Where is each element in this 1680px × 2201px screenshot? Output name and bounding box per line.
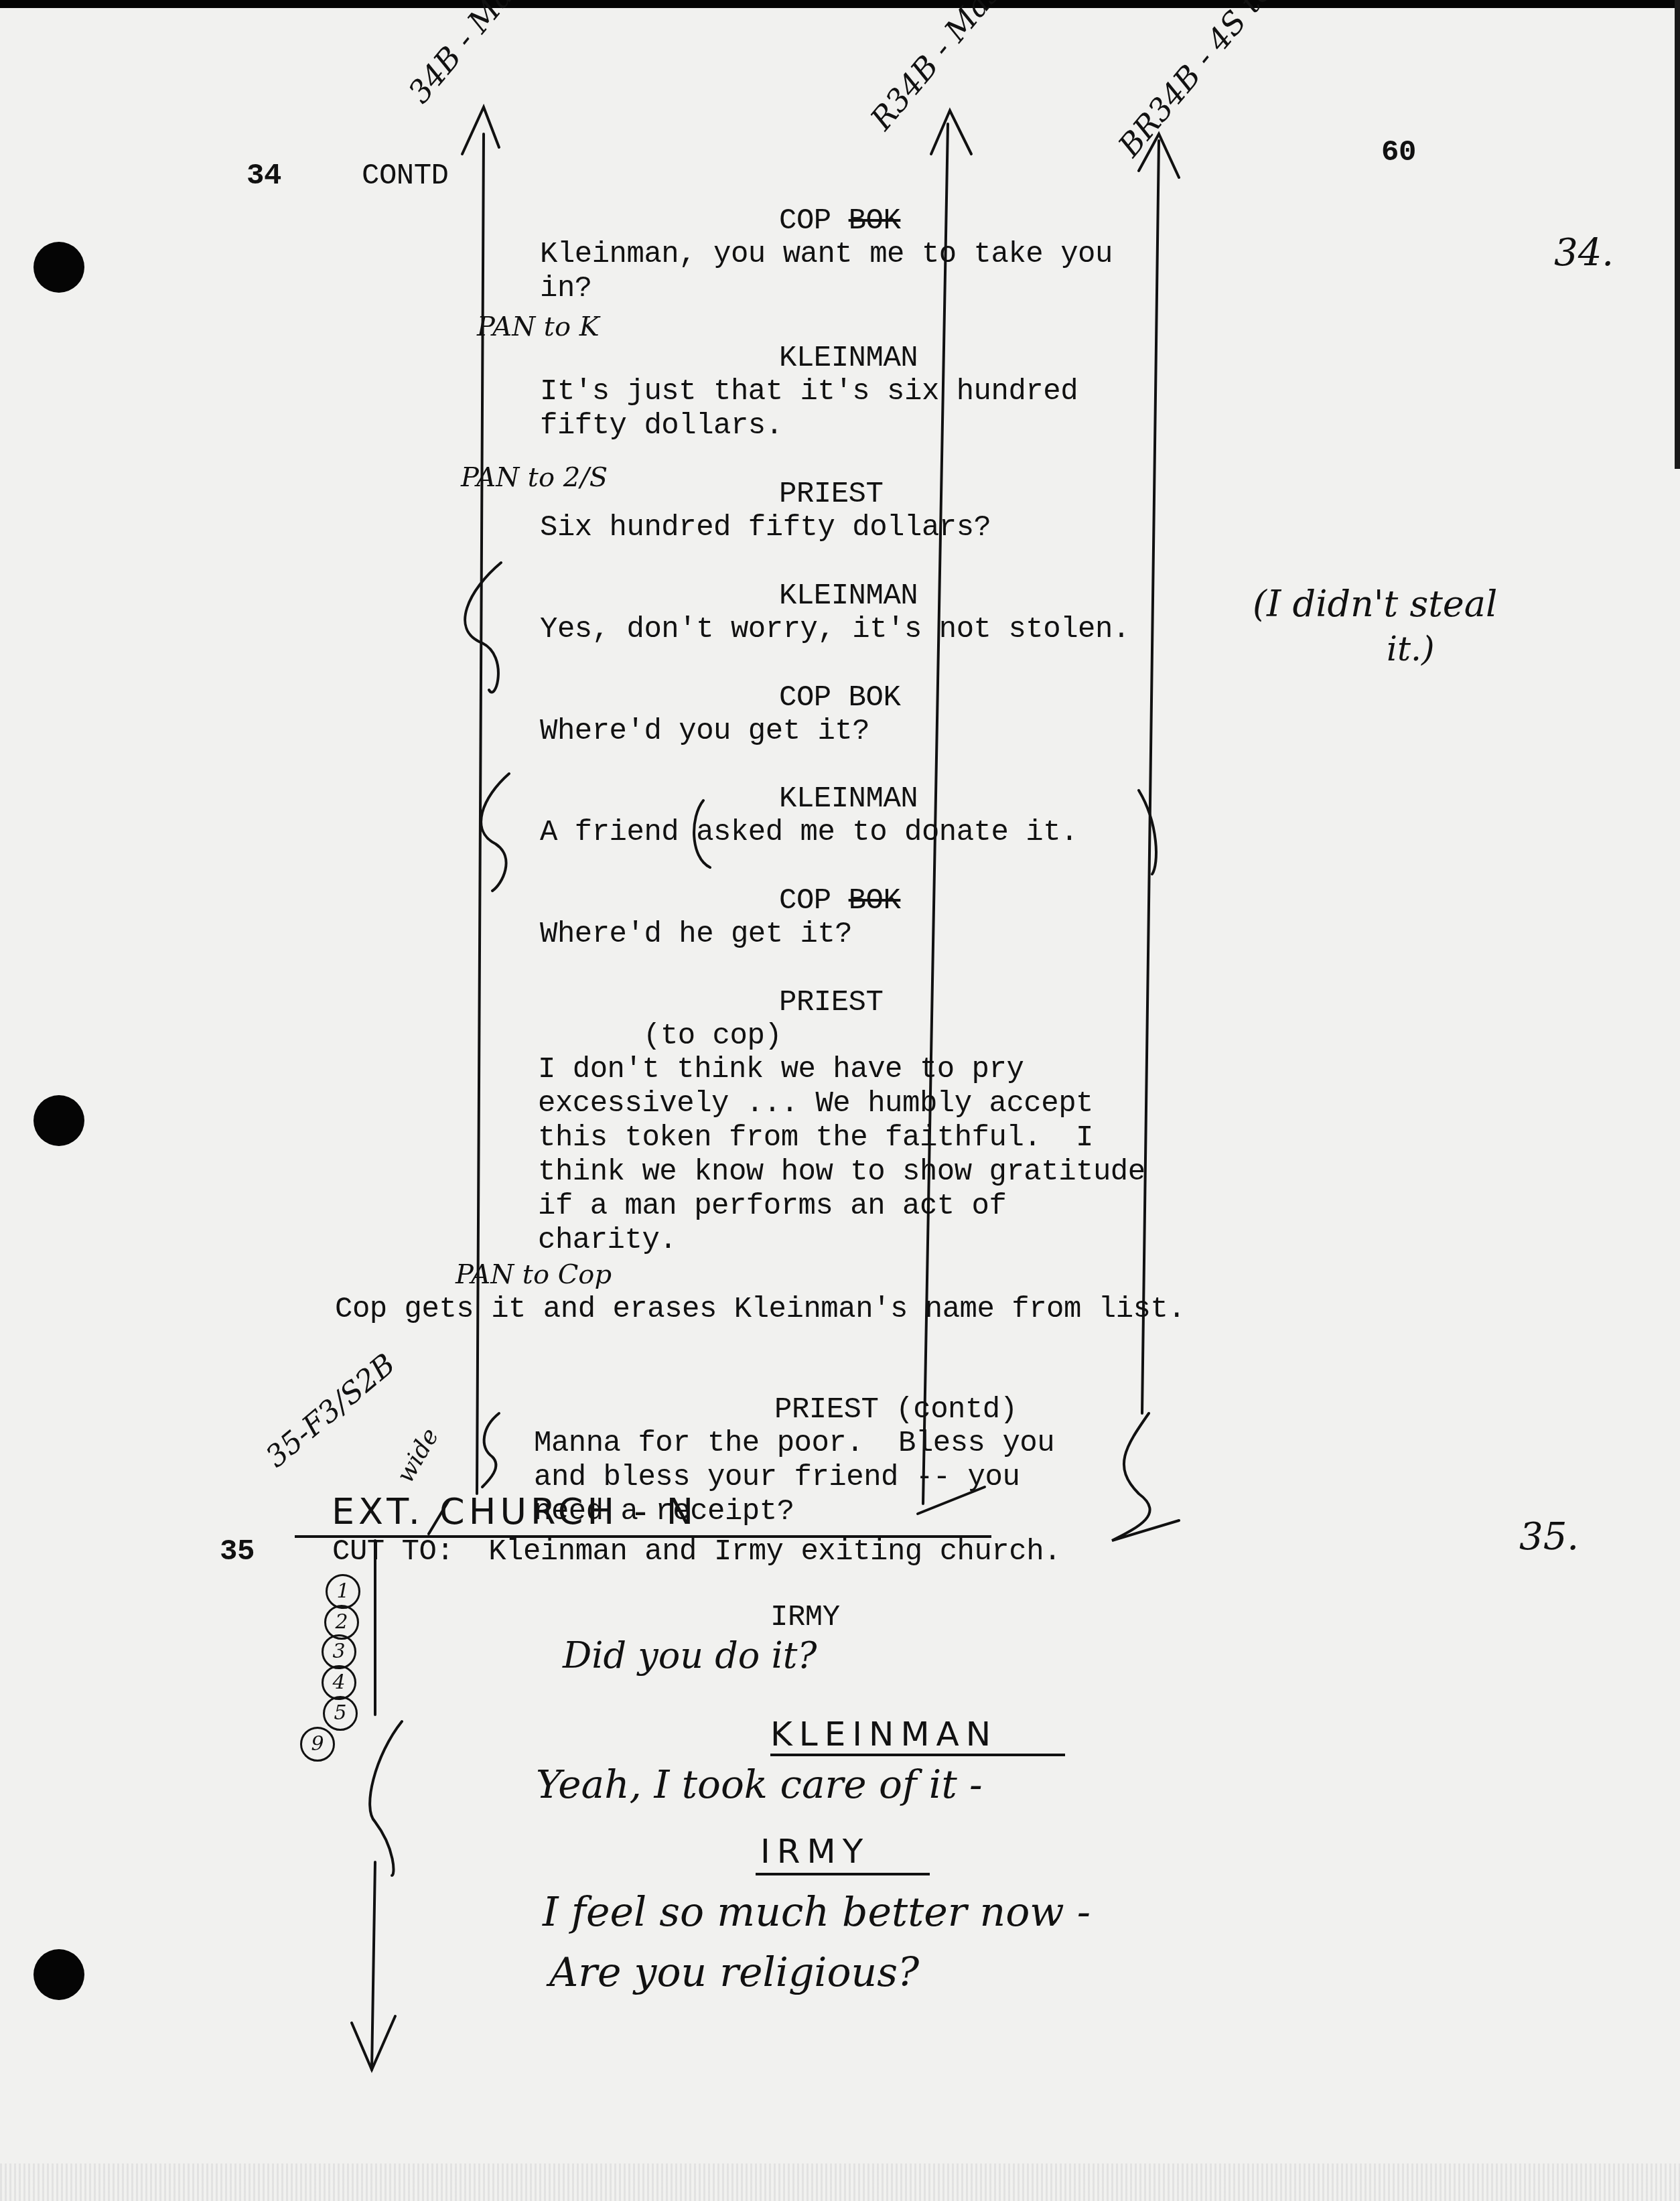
dialogue-line: I don't think we have to pry	[538, 1053, 1024, 1087]
character-cue-priest: PRIEST	[779, 478, 883, 512]
character-cue-cop: COP BOK	[779, 204, 900, 238]
slugline-handwritten: EXT. CHURCH - N	[332, 1490, 697, 1533]
dialogue-line: fifty dollars.	[540, 409, 783, 443]
character-underline	[770, 1754, 1065, 1756]
take-number: 1	[326, 1574, 360, 1609]
setup-label-3: BR34B - 4S to 3/S	[1111, 0, 1319, 163]
handwritten-insert: it.)	[1387, 630, 1434, 668]
margin-scene-34: 34.	[1554, 231, 1614, 275]
handwritten-dialogue: Did you do it?	[563, 1634, 817, 1677]
page-number: 60	[1381, 136, 1416, 170]
setup-label-2: R34B - Master Dolly 3/S	[863, 0, 1133, 137]
character-cue-irmy: IRMY	[770, 1601, 840, 1635]
camera-note-pan-cop: PAN to Cop	[456, 1259, 612, 1290]
dialogue-line: in?	[540, 272, 592, 306]
dialogue-line: excessively ... We humbly accept	[538, 1087, 1093, 1121]
handwritten-insert: (I didn't steal	[1253, 583, 1497, 625]
punch-hole-top	[33, 242, 84, 293]
punch-hole-middle	[33, 1095, 84, 1146]
camera-note-pan-k: PAN to K	[477, 311, 600, 342]
scan-top-edge	[0, 0, 1680, 8]
dialogue-line: Manna for the poor. Bless you	[534, 1427, 1054, 1461]
handwritten-dialogue: Yeah, I took care of it -	[536, 1762, 983, 1807]
scan-right-edge	[1675, 0, 1680, 469]
scene-status: CONTD	[362, 159, 449, 194]
dialogue-line: A friend asked me to donate it.	[540, 816, 1078, 850]
scene-number: 34	[247, 159, 281, 194]
handwritten-dialogue: Are you religious?	[549, 1949, 919, 1996]
character-underline	[756, 1873, 930, 1875]
action-line: Cop gets it and erases Kleinman's name f…	[335, 1293, 1185, 1327]
handwritten-dialogue: I feel so much better now -	[543, 1889, 1091, 1936]
dialogue-line: this token from the faithful. I	[538, 1121, 1093, 1155]
dialogue-line: charity.	[538, 1224, 677, 1258]
character-cue-kleinman: KLEINMAN	[779, 342, 918, 376]
setup-label-1: 34B - Master PAN	[401, 0, 609, 110]
dialogue-line: Where'd you get it?	[540, 715, 869, 749]
take-number: 3	[322, 1634, 356, 1669]
action-line: CUT TO: Kleinman and Irmy exiting church…	[332, 1535, 1061, 1569]
punch-hole-bottom	[33, 1949, 84, 2000]
dialogue-line: Where'd he get it?	[540, 918, 852, 952]
coverage-line-3	[1142, 141, 1159, 1413]
setup-note-35: 35-F3/S2B	[259, 1347, 402, 1474]
character-cue-priest-contd: PRIEST (contd)	[774, 1393, 1018, 1427]
dialogue-line: Six hundred fifty dollars?	[540, 511, 991, 545]
dialogue-line: It's just that it's six hundred	[540, 375, 1078, 409]
take-number: 4	[322, 1665, 356, 1700]
dialogue-line: Yes, don't worry, it's not stolen.	[540, 613, 1130, 647]
character-cue-cop-bok: COP BOK	[779, 681, 900, 715]
dialogue-line: if a man performs an act of	[538, 1190, 1006, 1224]
parenthetical: (to cop)	[643, 1019, 782, 1054]
dialogue-line: think we know how to show gratitude	[538, 1155, 1145, 1190]
margin-scene-35: 35.	[1519, 1515, 1579, 1559]
character-cue-cop: COP BOK	[779, 884, 900, 918]
character-name: COP	[779, 204, 831, 238]
take-number: 9	[300, 1727, 335, 1762]
character-name: COP	[779, 884, 831, 918]
handwritten-character-irmy: IRMY	[760, 1832, 869, 1871]
dialogue-line: Kleinman, you want me to take you	[540, 238, 1113, 272]
struck-text: BOK	[849, 204, 901, 238]
struck-text: BOK	[849, 884, 901, 918]
setup-note-wide: wide	[391, 1423, 444, 1488]
character-cue-kleinman: KLEINMAN	[779, 782, 918, 816]
scene-number-35: 35	[220, 1535, 255, 1569]
take-number: 5	[323, 1696, 358, 1731]
character-cue-kleinman: KLEINMAN	[779, 579, 918, 614]
character-cue-priest: PRIEST	[779, 986, 883, 1020]
handwritten-character-kleinman: KLEINMAN	[770, 1715, 997, 1754]
scan-bottom-edge	[0, 2163, 1680, 2201]
camera-note-pan-2s: PAN to 2/S	[461, 462, 608, 493]
